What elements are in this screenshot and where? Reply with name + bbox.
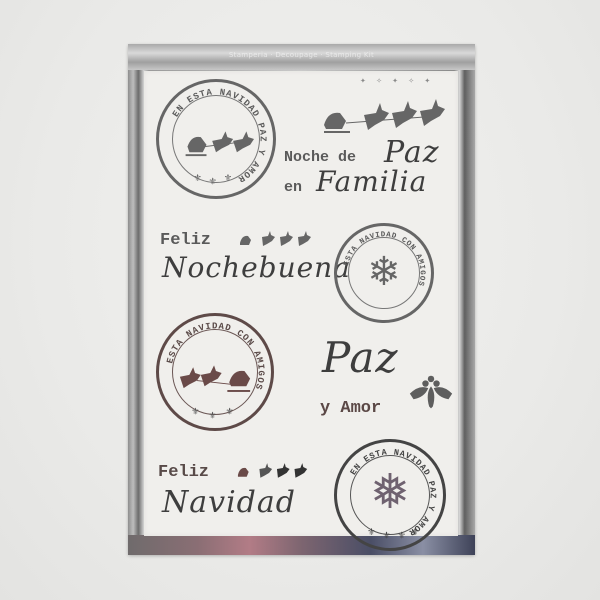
phrase-paz-y-amor: Paz y Amor — [318, 333, 418, 428]
santa-sleigh-reindeer-icon — [236, 453, 314, 483]
svg-text:⚜: ⚜ — [191, 407, 200, 418]
santa-sleigh-reindeer-icon — [238, 221, 318, 251]
sleigh-stamp: ✦ ✧ ✦ ✧ ✦ — [320, 77, 450, 137]
seal-con-amigos-snowflake: ESTA NAVIDAD CON AMIGOS ❄ — [334, 223, 434, 323]
santa-sleigh-reindeer-icon — [320, 77, 450, 137]
seal-paz-y-amor-snowflake: EN ESTA NAVIDAD PAZ Y AMOR ❅ ⚜⚜⚜⚜ — [334, 439, 446, 551]
svg-text:⚜: ⚜ — [367, 527, 375, 538]
svg-text:⚜: ⚜ — [398, 531, 406, 542]
phrase-feliz-nochebuena: Feliz Nochebuena — [160, 221, 330, 301]
sleeve-top-edge: Stamperia · Decoupage · Stamping Kit — [128, 44, 475, 70]
phrase-feliz-navidad: Feliz Navidad — [158, 451, 328, 531]
santa-sleigh-reindeer-icon: ⚜⚜⚜ — [159, 316, 271, 428]
snowflake-icon: ❄ — [337, 252, 431, 292]
brand-label: Stamperia · Decoupage · Stamping Kit — [128, 51, 475, 59]
phrase-noche-de-paz-en-familia: Noche de Paz en Familia — [284, 141, 454, 211]
background-surface: Stamperia · Decoupage · Stamping Kit EN … — [0, 0, 600, 600]
stamp-sheet: EN ESTA NAVIDAD PAZ Y AMOR ⚜⚜⚜ ✦ ✧ ✦ ✧ ✦ — [144, 71, 458, 536]
seal-con-amigos-sleigh: ESTA NAVIDAD CON AMIGOS ⚜⚜⚜ — [156, 313, 274, 431]
svg-text:⚜: ⚜ — [225, 407, 234, 418]
svg-text:⚜: ⚜ — [208, 177, 217, 188]
svg-text:⚜: ⚜ — [411, 527, 419, 538]
seal-paz-y-amor-sleigh: EN ESTA NAVIDAD PAZ Y AMOR ⚜⚜⚜ — [156, 79, 276, 199]
svg-text:⚜: ⚜ — [208, 411, 217, 422]
santa-sleigh-reindeer-icon: ⚜⚜⚜ — [159, 82, 273, 196]
svg-text:⚜: ⚜ — [382, 531, 390, 542]
fleur-de-lis-row: ⚜⚜⚜⚜ — [337, 442, 443, 548]
svg-text:⚜: ⚜ — [224, 173, 233, 184]
svg-text:⚜: ⚜ — [193, 173, 202, 184]
holly-icon — [408, 371, 454, 409]
